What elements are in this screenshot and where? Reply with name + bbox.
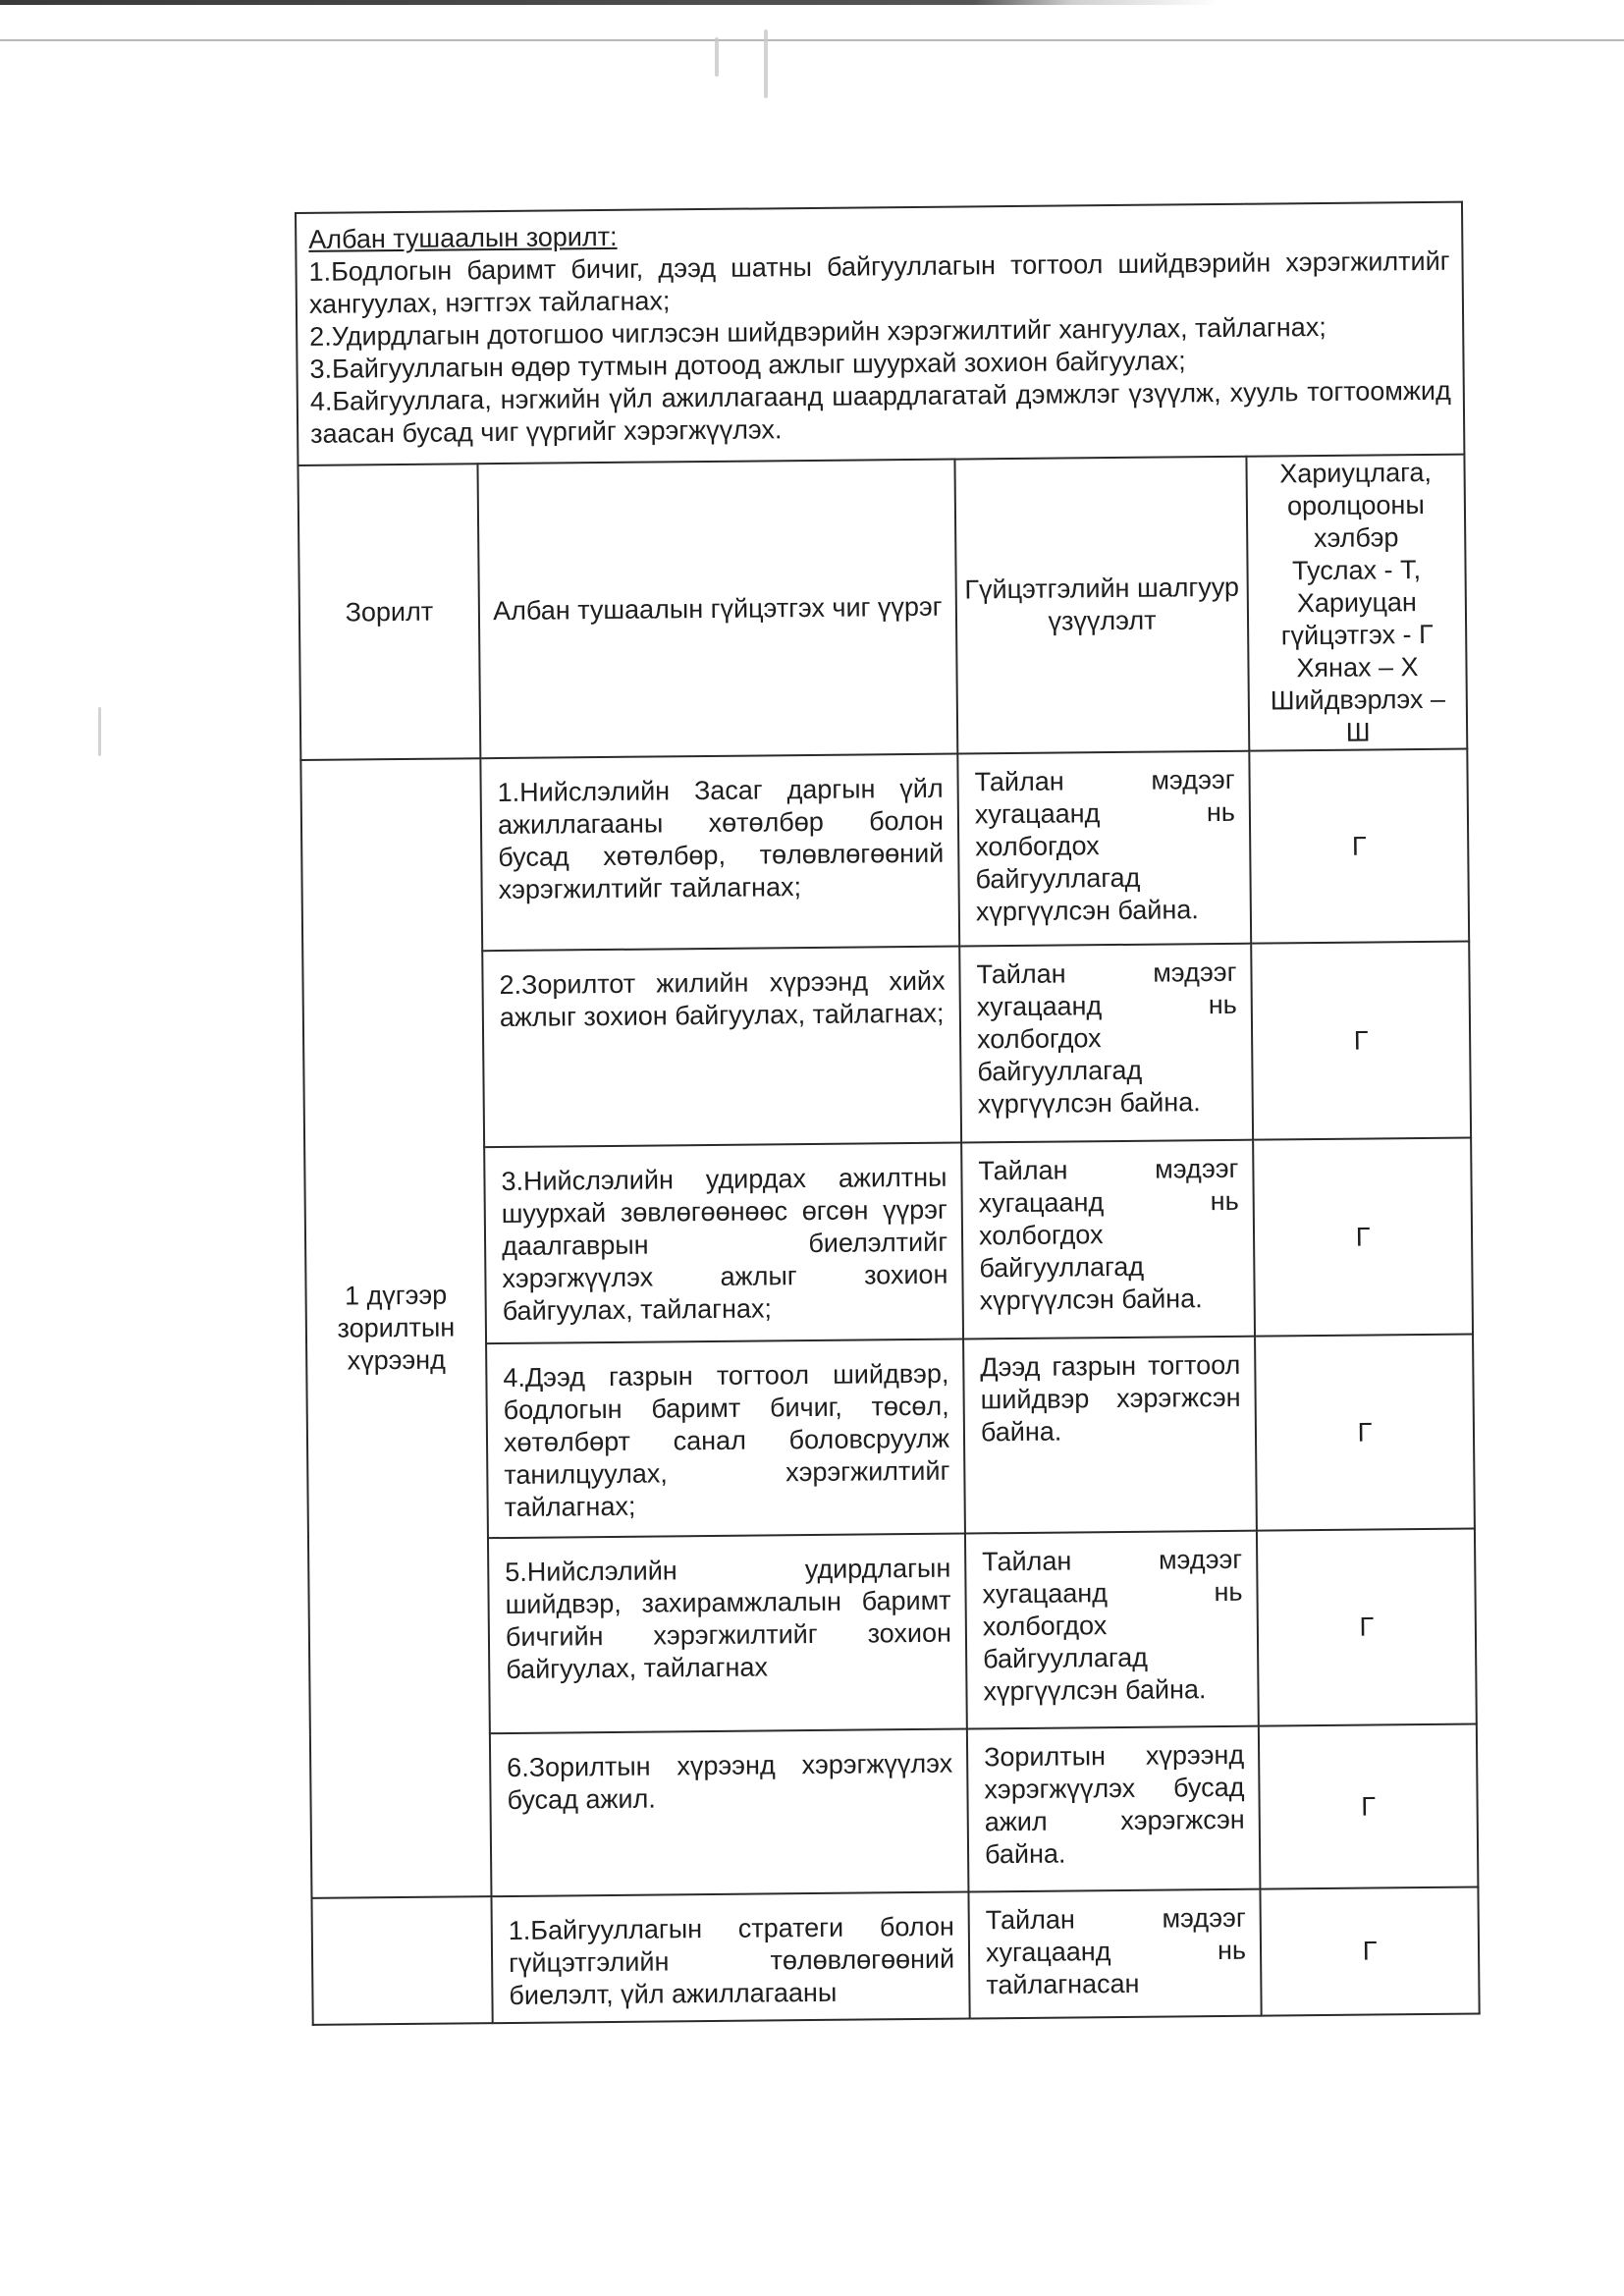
role-cell: Г: [1253, 1138, 1473, 1337]
criteria-cell: Тайлан мэдээг хугацаанд нь тайлагнасан: [968, 1889, 1261, 2019]
duty-cell: 3.Нийслэлийн удирдах ажилтны шуурхай зөв…: [484, 1143, 963, 1344]
header-role: Хариуцлага,оролцооныхэлбэрТуслах - Т,Хар…: [1246, 455, 1467, 751]
scan-edge-shadow: [0, 0, 1624, 5]
header-role-line: Хариуцлага,: [1247, 456, 1463, 490]
scan-smudge: [764, 29, 768, 98]
header-role-line: гүйцэтгэх - Г: [1249, 618, 1465, 652]
header-role-line: хэлбэр: [1248, 520, 1464, 555]
scan-line-artifact: [0, 39, 1624, 41]
goal-group-cell: 1 дүгээр зорилтын хүрээнд: [300, 758, 491, 1898]
objectives-cell: Албан тушаалын зорилт: 1.Бодлогын баримт…: [296, 202, 1464, 465]
criteria-cell: Тайлан мэдээг хугацаанд нь холбогдох бай…: [961, 1140, 1255, 1339]
header-role-line: Ш: [1250, 715, 1466, 749]
header-role-line: Хариуцан: [1249, 585, 1465, 620]
criteria-cell: Зорилтын хүрээнд хэрэгжүүлэх бусад ажил …: [967, 1726, 1261, 1892]
goal-group-cell: [311, 1896, 492, 2025]
scan-smudge: [715, 37, 719, 77]
header-duties-text: Албан тушаалын гүйцэтгэх чиг үүрэг: [493, 591, 943, 625]
duty-cell: 1.Байгууллагын стратеги болон гүйцэтгэли…: [491, 1891, 969, 2023]
role-cell: Г: [1251, 942, 1471, 1140]
duty-cell: 1.Нийслэлийн Засаг даргын үйл ажиллагаан…: [480, 754, 959, 952]
table-header-row: Зорилт Албан тушаалын гүйцэтгэх чиг үүрэ…: [298, 455, 1467, 760]
duty-cell: 4.Дээд газрын тогтоол шийдвэр, бодлогын …: [486, 1339, 965, 1539]
header-goal: Зорилт: [298, 464, 480, 760]
duty-cell: 5.Нийслэлийн удирдлагын шийдвэр, захирам…: [488, 1534, 967, 1734]
duty-cell: 6.Зорилтын хүрээнд хэрэгжүүлэх бусад ажи…: [490, 1728, 969, 1896]
objective-item: 1.Бодлогын баримт бичиг, дээд шатны байг…: [308, 246, 1450, 321]
role-cell: Г: [1257, 1529, 1477, 1726]
duty-cell: 2.Зорилтот жилийн хүрээнд хийх ажлыг зох…: [482, 947, 961, 1148]
role-cell: Г: [1259, 1724, 1479, 1889]
table-row: 1 дүгээр зорилтын хүрээнд1.Нийслэлийн За…: [300, 749, 1469, 953]
job-description-table: Албан тушаалын зорилт: 1.Бодлогын баримт…: [295, 201, 1481, 2026]
criteria-cell: Тайлан мэдээг хугацаанд нь холбогдох бай…: [957, 751, 1251, 947]
header-role-line: Хянах – Х: [1249, 650, 1465, 684]
role-cell: Г: [1255, 1335, 1475, 1531]
header-criteria: Гүйцэтгэлийн шалгуур үзүүлэлт: [954, 457, 1249, 754]
header-role-line: Шийдвэрлэх –: [1250, 683, 1466, 717]
criteria-cell: Дээд газрын тогтоол шийдвэр хэрэгжсэн ба…: [963, 1337, 1257, 1534]
header-role-line: Туслах - Т,: [1248, 553, 1464, 587]
criteria-cell: Тайлан мэдээг хугацаанд нь холбогдох бай…: [965, 1531, 1259, 1729]
objectives-row: Албан тушаалын зорилт: 1.Бодлогын баримт…: [296, 202, 1464, 465]
role-cell: Г: [1260, 1887, 1479, 2016]
header-duties: Албан тушаалын гүйцэтгэх чиг үүрэг: [477, 460, 957, 759]
header-role-line: оролцооны: [1248, 488, 1464, 522]
objective-item: 4.Байгууллага, нэгжийн үйл ажиллагаанд ш…: [310, 375, 1452, 451]
header-criteria-text: Гүйцэтгэлийн шалгуур үзүүлэлт: [964, 573, 1239, 636]
table-row: 1.Байгууллагын стратеги болон гүйцэтгэли…: [311, 1887, 1479, 2025]
criteria-cell: Тайлан мэдээг хугацаанд нь холбогдох бай…: [959, 944, 1253, 1143]
role-cell: Г: [1249, 749, 1469, 944]
scan-smudge: [98, 707, 101, 756]
